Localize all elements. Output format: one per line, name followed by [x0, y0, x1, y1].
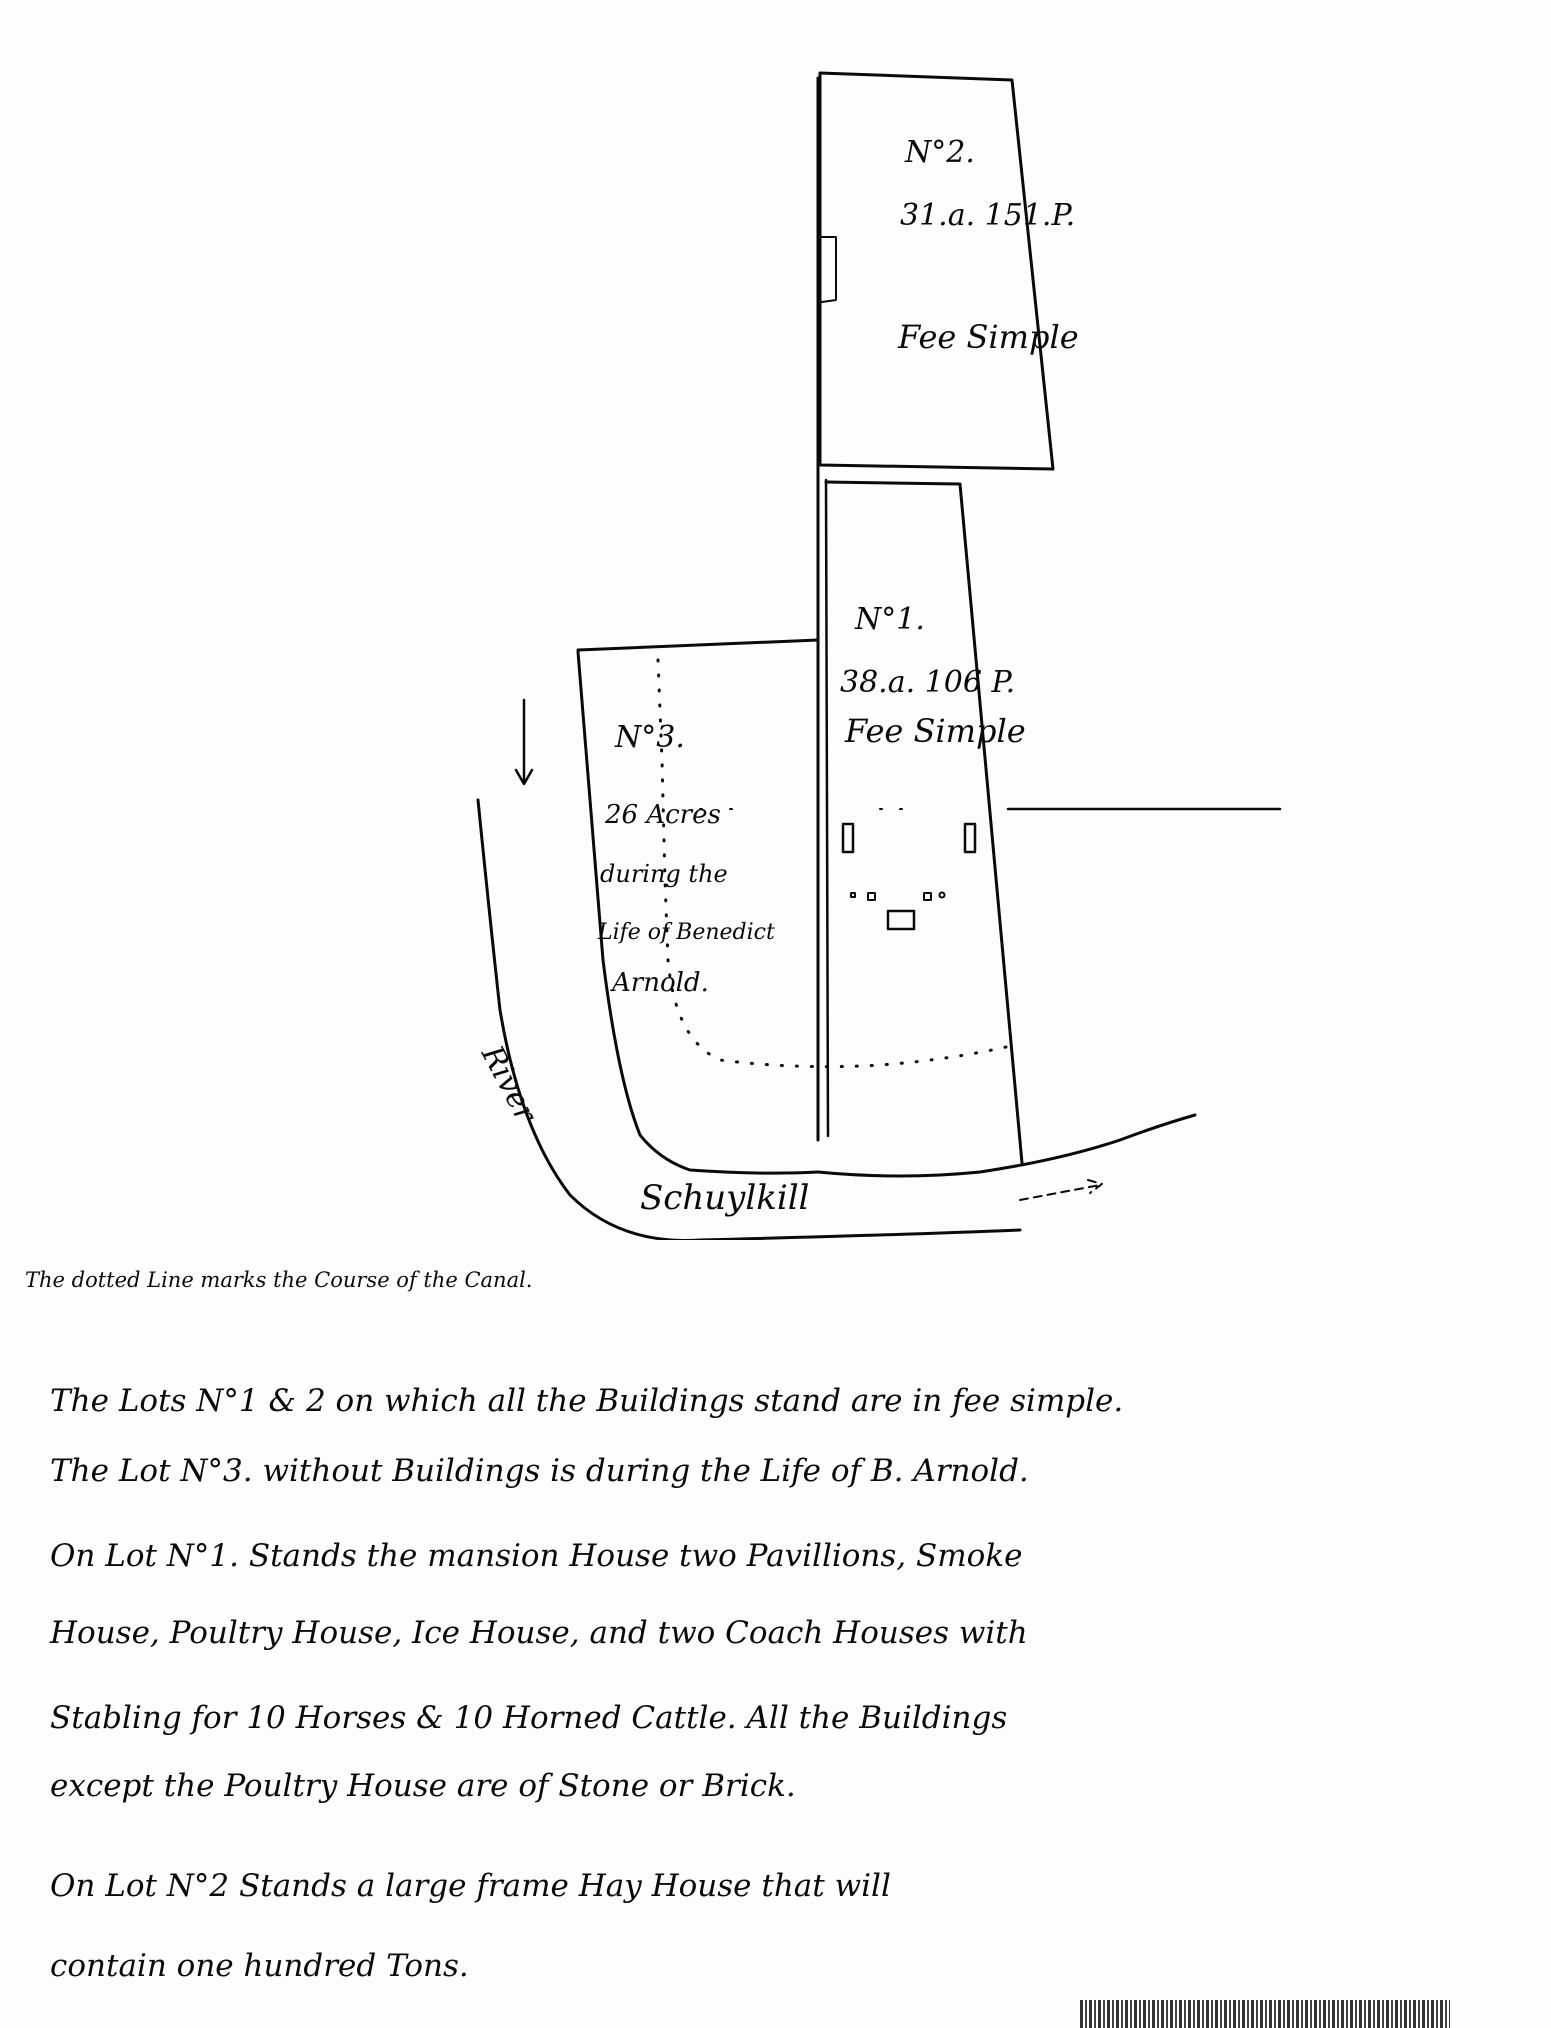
river-flow-arrow-east: [1020, 1180, 1102, 1200]
lot-3-top: [578, 640, 818, 650]
lot-1-boundary: [826, 482, 1022, 1163]
note-line-5: Stabling for 10 Horses & 10 Horned Cattl…: [50, 1700, 1007, 1736]
lot-2-number: N°2.: [905, 135, 975, 170]
lot-2-boundary: [820, 73, 1053, 469]
plat-drawing: [0, 0, 1551, 1240]
lot-3-area: 26 Acres: [605, 800, 721, 830]
outbuilding-4: [940, 893, 945, 898]
river-label-horizontal: Schuylkill: [640, 1178, 809, 1218]
lot-3-west-boundary: [578, 652, 818, 1173]
note-line-1: The Lots N°1 & 2 on which all the Buildi…: [50, 1383, 1123, 1419]
lane-line-right: [826, 480, 828, 1136]
note-line-4: House, Poultry House, Ice House, and two…: [50, 1615, 1028, 1651]
note-line-3: On Lot N°1. Stands the mansion House two…: [50, 1538, 1022, 1574]
document-page: N°2. 31.a. 151.P. Fee Simple N°1. 38.a. …: [0, 0, 1551, 2028]
note-line-8: contain one hundred Tons.: [50, 1948, 469, 1984]
lot-3-number: N°3.: [615, 720, 685, 755]
legend-dotted-line: The dotted Line marks the Course of the …: [25, 1268, 533, 1292]
river-flow-arrow-down: [516, 700, 532, 784]
pavilion-right: [965, 824, 975, 852]
river-bank-outer-lower: [700, 1230, 1020, 1240]
lot-2-hay-house: [822, 237, 836, 302]
lot-1-number: N°1.: [855, 602, 925, 637]
outbuilding-1: [851, 893, 855, 897]
lot-1-tenure: Fee Simple: [845, 712, 1026, 750]
outbuilding-2: [868, 893, 875, 900]
lot-3-tenure-line-1: during the: [600, 860, 728, 888]
lot-3-tenure-line-3: Arnold.: [612, 968, 709, 998]
scan-artifact-edge: [1080, 2000, 1450, 2028]
lot-2-area: 31.a. 151.P.: [900, 198, 1075, 233]
note-line-6: except the Poultry House are of Stone or…: [50, 1768, 796, 1804]
lot-2-tenure: Fee Simple: [898, 318, 1079, 356]
lot-1-area: 38.a. 106 P.: [840, 665, 1015, 700]
note-line-7: On Lot N°2 Stands a large frame Hay Hous…: [50, 1868, 891, 1904]
lot-3-tenure-line-2: Life of Benedict: [598, 920, 775, 945]
river-bank-inner: [818, 1115, 1195, 1176]
note-line-2: The Lot N°3. without Buildings is during…: [50, 1453, 1029, 1489]
pavilion-left: [843, 824, 853, 852]
outbuilding-3: [924, 893, 931, 900]
mansion-house: [888, 911, 914, 929]
